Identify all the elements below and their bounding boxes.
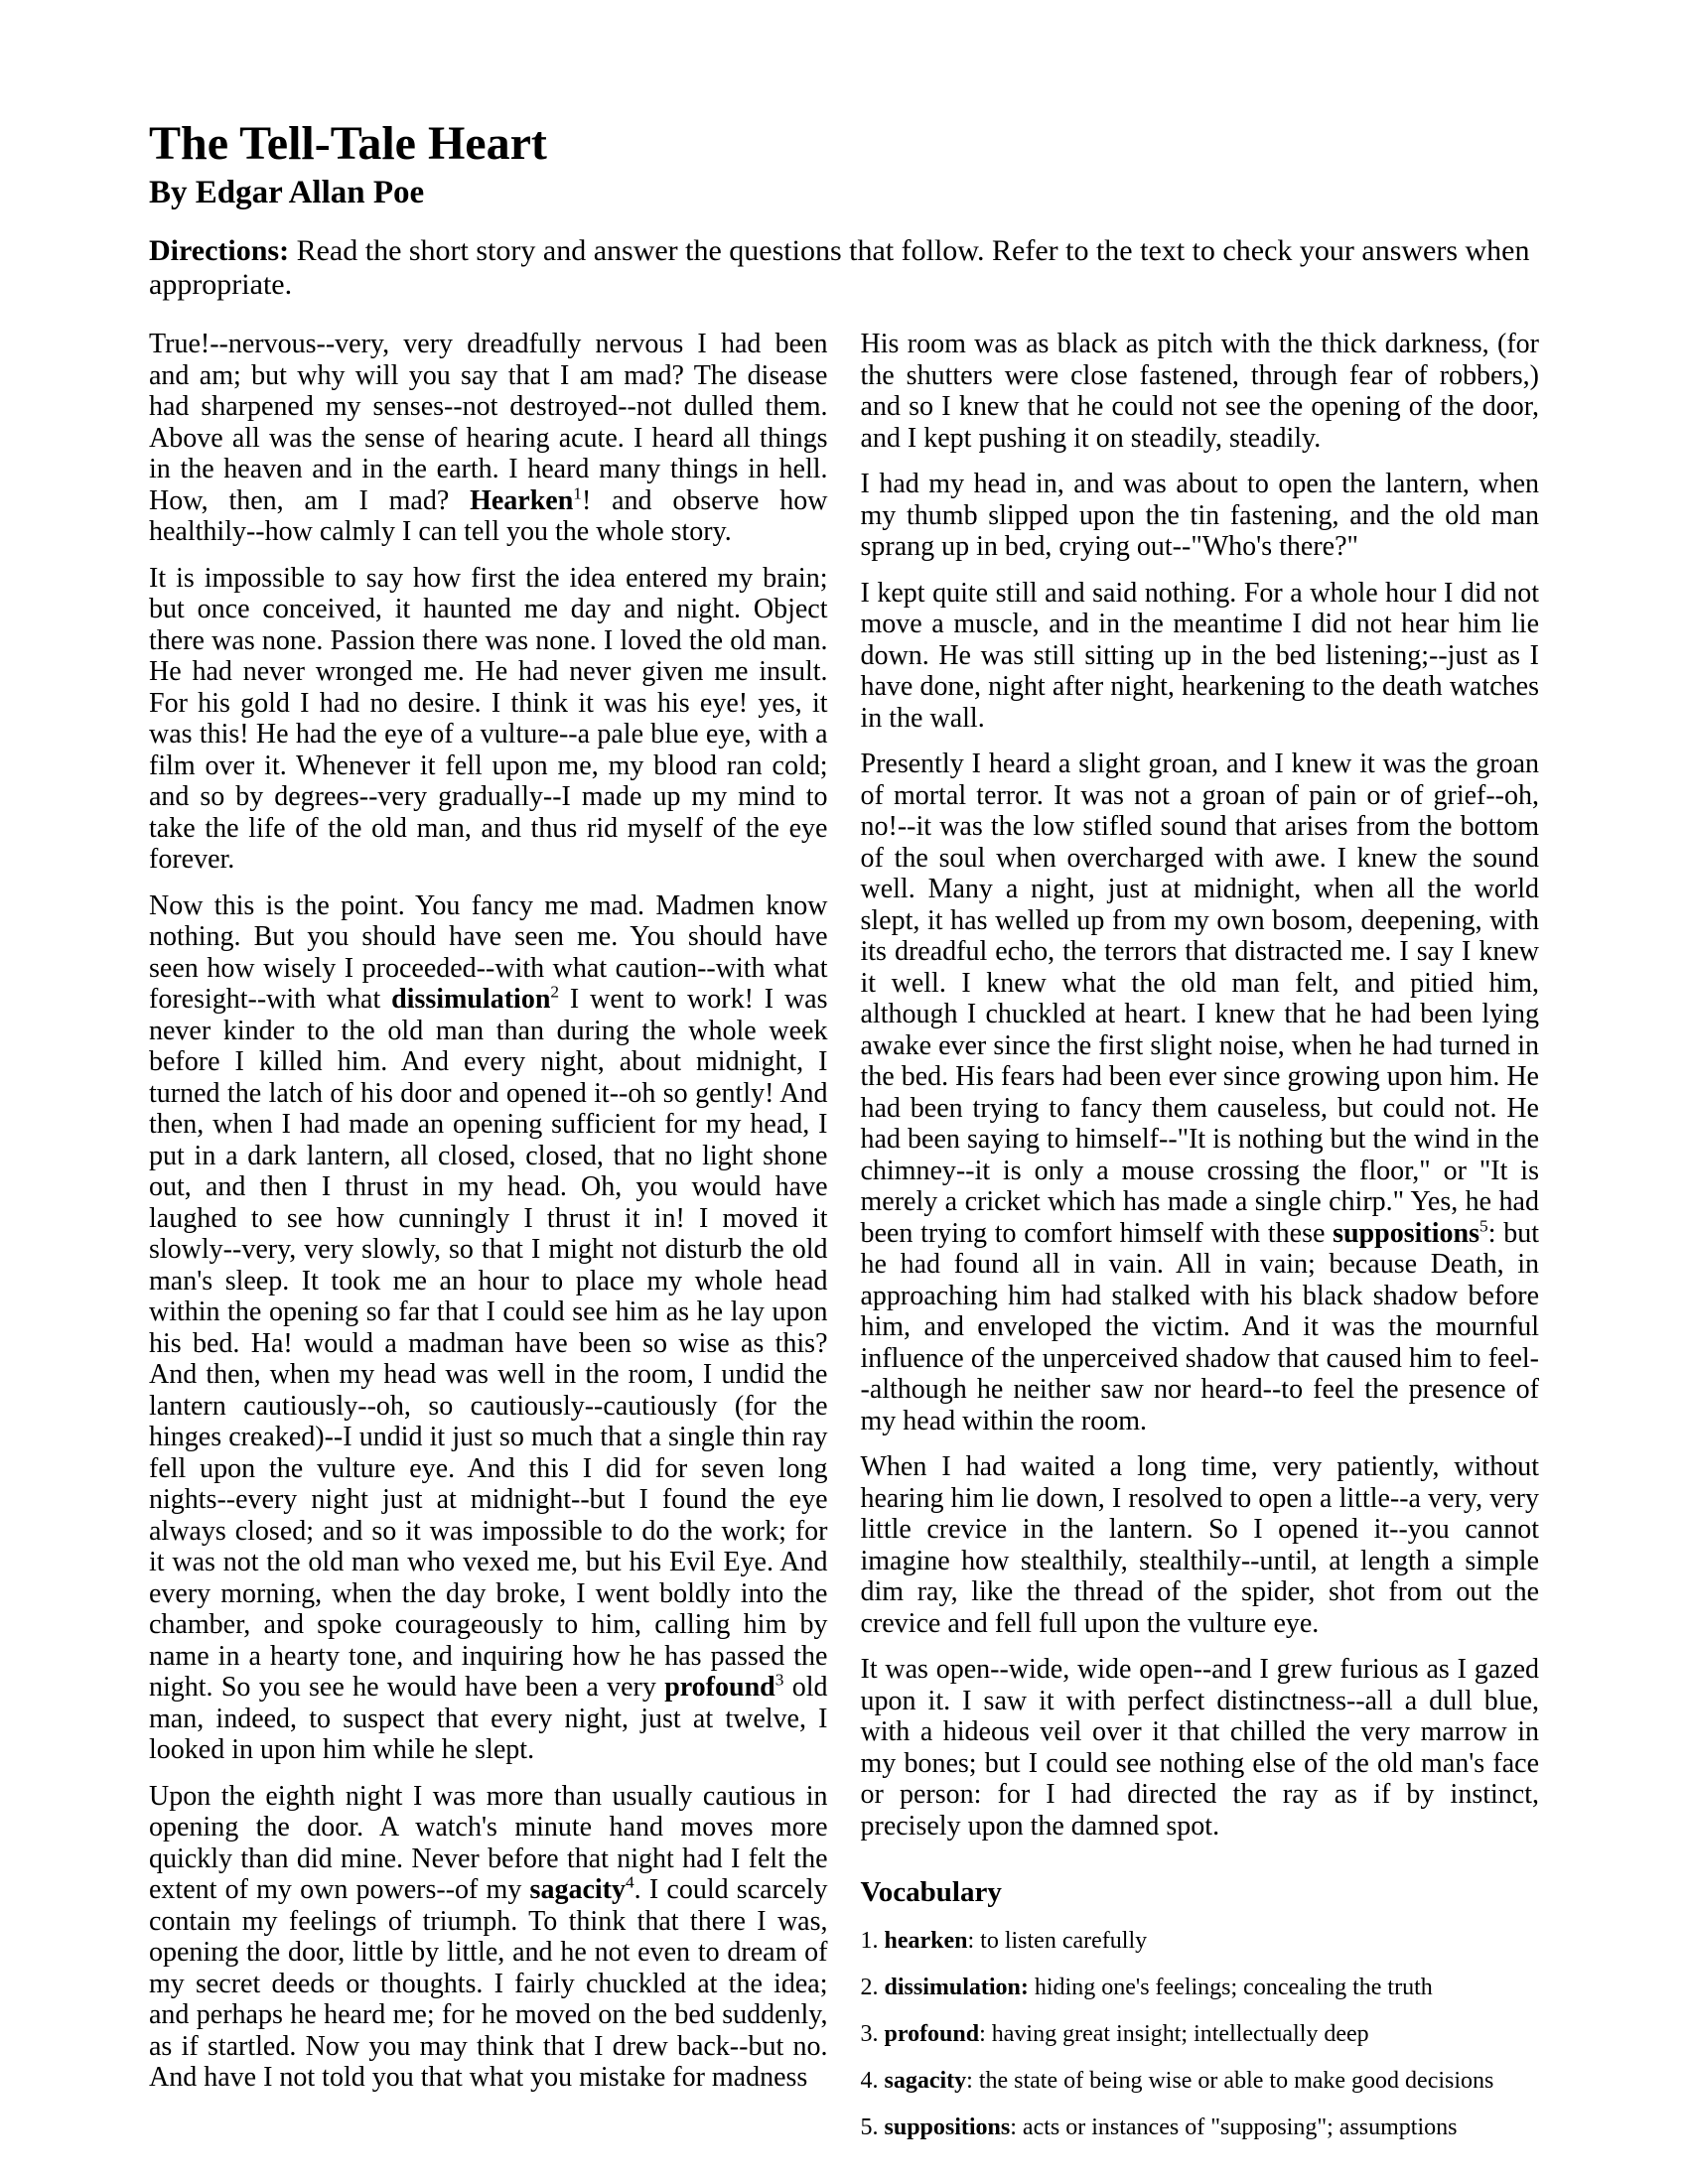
text-run: dissimulation	[391, 984, 550, 1015]
text-run: suppositions	[885, 2115, 1011, 2140]
text-run: dissimulation:	[885, 1975, 1029, 2000]
story-paragraph: It is impossible to say how first the id…	[149, 563, 828, 876]
story-paragraph: I had my head in, and was about to open …	[861, 469, 1540, 563]
vocabulary-item: 5. suppositions: acts or instances of "s…	[861, 2112, 1540, 2143]
text-run: 5.	[861, 2115, 885, 2140]
footnote-marker: 5	[1479, 1216, 1488, 1235]
vocabulary-heading: Vocabulary	[861, 1875, 1540, 1910]
text-run: . I could scarcely contain my feelings o…	[149, 1874, 828, 2093]
footnote-marker: 2	[550, 983, 559, 1002]
directions: Directions: Read the short story and ans…	[149, 234, 1539, 304]
page-title: The Tell-Tale Heart	[149, 117, 1539, 171]
story-right-column: His room was as black as pitch with the …	[861, 329, 1540, 2143]
text-run: It is impossible to say how first the id…	[149, 563, 828, 876]
text-run: hiding one's feelings; concealing the tr…	[1029, 1975, 1433, 2000]
story-paragraph: When I had waited a long time, very pati…	[861, 1451, 1540, 1639]
text-run: suppositions	[1333, 1218, 1479, 1249]
directions-text: Read the short story and answer the ques…	[149, 234, 1530, 302]
text-run: : the state of being wise or able to mak…	[966, 2068, 1493, 2094]
text-run: His room was as black as pitch with the …	[861, 329, 1540, 454]
text-run: : to listen carefully	[968, 1928, 1148, 1954]
text-run: profound	[664, 1672, 775, 1703]
vocabulary-item: 1. hearken: to listen carefully	[861, 1925, 1540, 1957]
text-run: 4.	[861, 2068, 885, 2094]
vocabulary-item: 4. sagacity: the state of being wise or …	[861, 2065, 1540, 2097]
text-run: hearken	[885, 1928, 968, 1954]
text-run: I kept quite still and said nothing. For…	[861, 578, 1540, 734]
text-run: 1.	[861, 1928, 885, 1954]
footnote-marker: 4	[626, 1873, 634, 1892]
text-run: I went to work! I was never kinder to th…	[149, 984, 828, 1703]
story-left-column: True!--nervous--very, very dreadfully ne…	[149, 329, 828, 2094]
text-run: profound	[885, 2021, 980, 2047]
story-paragraph: Upon the eighth night I was more than us…	[149, 1781, 828, 2094]
story-paragraph: True!--nervous--very, very dreadfully ne…	[149, 329, 828, 548]
directions-label: Directions:	[149, 234, 289, 267]
text-run: Hearken	[470, 485, 573, 516]
text-run: sagacity	[530, 1874, 626, 1905]
text-run: Presently I heard a slight groan, and I …	[861, 749, 1540, 1249]
story-paragraph: His room was as black as pitch with the …	[861, 329, 1540, 454]
text-run: : acts or instances of "supposing"; assu…	[1010, 2115, 1457, 2140]
story-columns: True!--nervous--very, very dreadfully ne…	[149, 329, 1539, 2143]
story-paragraph: Presently I heard a slight groan, and I …	[861, 749, 1540, 1436]
text-run: sagacity	[885, 2068, 967, 2094]
text-run: When I had waited a long time, very pati…	[861, 1451, 1540, 1639]
text-run: 2.	[861, 1975, 885, 2000]
vocabulary-item: 2. dissimulation: hiding one's feelings;…	[861, 1972, 1540, 2003]
vocabulary-section: Vocabulary 1. hearken: to listen careful…	[861, 1875, 1540, 2143]
footnote-marker: 1	[573, 483, 582, 502]
text-run: 3.	[861, 2021, 885, 2047]
text-run: It was open--wide, wide open--and I grew…	[861, 1654, 1540, 1842]
story-paragraph: It was open--wide, wide open--and I grew…	[861, 1654, 1540, 1842]
byline: By Edgar Allan Poe	[149, 175, 1539, 212]
story-paragraph: I kept quite still and said nothing. For…	[861, 578, 1540, 735]
worksheet-page: The Tell-Tale Heart By Edgar Allan Poe D…	[0, 0, 1688, 2184]
text-run: I had my head in, and was about to open …	[861, 469, 1540, 562]
story-paragraph: Now this is the point. You fancy me mad.…	[149, 890, 828, 1766]
text-run: : having great insight; intellectually d…	[979, 2021, 1369, 2047]
text-run: : but he had found all in vain. All in v…	[861, 1218, 1540, 1436]
vocabulary-item: 3. profound: having great insight; intel…	[861, 2018, 1540, 2050]
